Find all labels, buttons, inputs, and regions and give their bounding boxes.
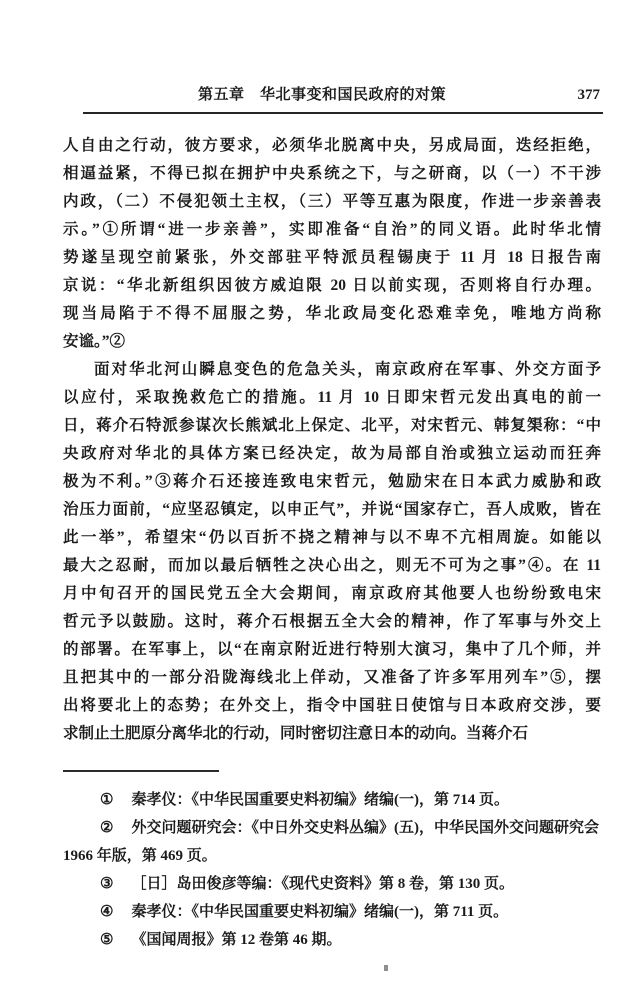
body-line: 极为不利。”③蒋介石还接连致电宋哲元，勉励宋在日本武力威胁和政 [63, 468, 601, 496]
body-line: 月中旬召开的国民党五全大会期间，南京政府其他要人也纷纷致电宋 [63, 580, 601, 608]
body-line: 治压力面前，“应坚忍镇定，以申正气”，并说“国家存亡，吾人成败，皆在 [63, 496, 601, 524]
footnote-text: 《国闻周报》第 12 卷第 46 期。 [131, 932, 341, 948]
body-line: 安谧。”② [63, 328, 601, 356]
body-line: 最大之忍耐，而加以最后牺牲之决心出之，则无不可为之事”④。在 11 [63, 552, 601, 580]
paragraph-1: 人自由之行动，彼方要求，必须华北脱离中央，另成局面，迭经拒绝，相逼益紧，不得已拟… [63, 132, 601, 356]
footnotes: ①秦孝仪：《中华民国重要史料初编》绪编(一)，第 714 页。②外交问题研究会：… [63, 786, 601, 954]
body-line: 以应付，采取挽救危亡的措施。11 月 10 日即宋哲元发出真电的前一 [63, 384, 601, 412]
footnote-marker: ③ [100, 870, 113, 898]
body-line: 现当局陷于不得不屈服之势，华北政局变化恐难幸免，唯地方尚称 [63, 300, 601, 328]
body-line: 内政，（二）不侵犯领土主权，（三）平等互惠为限度，作进一步亲善表 [63, 188, 601, 216]
footnote-text: 秦孝仪：《中华民国重要史料初编》绪编(一)，第 714 页。 [131, 792, 509, 808]
body-line: 央政府对华北的具体方案已经决定，故为局部自治或独立运动而狂奔 [63, 440, 601, 468]
footnote-line: ①秦孝仪：《中华民国重要史料初编》绪编(一)，第 714 页。 [63, 786, 601, 814]
body-line: 求制止土肥原分离华北的行动，同时密切注意日本的动向。当蒋介石 [63, 720, 601, 748]
footnote-marker: ② [100, 814, 113, 842]
body-line: 京说：“华北新组织因彼方威迫限 20 日以前实现，否则将自行办理。 [63, 272, 601, 300]
footnote-line: ⑤《国闻周报》第 12 卷第 46 期。 [63, 926, 601, 954]
footnote-text: 外交问题研究会：《中日外交史料丛编》(五)，中华民国外交问题研究会 [131, 820, 599, 836]
body-line: 人自由之行动，彼方要求，必须华北脱离中央，另成局面，迭经拒绝， [63, 132, 601, 160]
footnote-marker: ④ [100, 898, 113, 926]
footnote-text: ［日］岛田俊彦等编：《现代史资料》第 8 卷，第 130 页。 [131, 876, 514, 892]
body-line: 哲元予以鼓励。这时，蒋介石根据五全大会的精神，作了军事与外交上 [63, 608, 601, 636]
body-line: 示。”①所谓“进一步亲善”，实即准备“自治”的同义语。此时华北情 [63, 216, 601, 244]
footnote-line: ③［日］岛田俊彦等编：《现代史资料》第 8 卷，第 130 页。 [63, 870, 601, 898]
body-line: 势遂呈现空前紧张，外交部驻平特派员程锡庚于 11 月 18 日报告南 [63, 244, 601, 272]
footnote-text: 1966 年版，第 469 页。 [63, 848, 217, 864]
footnote-line: ②外交问题研究会：《中日外交史料丛编》(五)，中华民国外交问题研究会 [63, 814, 601, 842]
book-page: 第五章 华北事变和国民政府的对策 377 人自由之行动，彼方要求，必须华北脱离中… [0, 0, 644, 1000]
running-head: 第五章 华北事变和国民政府的对策 377 [0, 85, 644, 105]
header-rule [83, 112, 603, 114]
body-text: 人自由之行动，彼方要求，必须华北脱离中央，另成局面，迭经拒绝，相逼益紧，不得已拟… [63, 132, 601, 748]
footnote-marker: ① [100, 786, 113, 814]
footnote-line: 1966 年版，第 469 页。 [63, 842, 601, 870]
body-line: 出将要北上的态势；在外交上，指令中国驻日使馆与日本政府交涉，要 [63, 692, 601, 720]
body-line: 日，蒋介石特派参谋次长熊斌北上保定、北平，对宋哲元、韩复榘称：“中 [63, 412, 601, 440]
body-line: 相逼益紧，不得已拟在拥护中央系统之下，与之研商，以（一）不干涉 [63, 160, 601, 188]
footnote-text: 秦孝仪：《中华民国重要史料初编》绪编(一)，第 711 页。 [131, 904, 508, 920]
body-line: 且把其中的一部分沿陇海线北上佯动，又准备了许多军用列车”⑤，摆 [63, 664, 601, 692]
page-number: 377 [578, 85, 601, 105]
footnote-separator-rule [63, 770, 219, 772]
paragraph-2: 面对华北河山瞬息变色的危急关头，南京政府在军事、外交方面予以应付，采取挽救危亡的… [63, 356, 601, 748]
body-line: 的部署。在军事上，以“在南京附近进行特别大演习，集中了几个师，并 [63, 636, 601, 664]
footnote-marker: ⑤ [100, 926, 113, 954]
body-line: 此一举”，希望宋“仍以百折不挠之精神与以不卑不亢相周旋。如能以 [63, 524, 601, 552]
body-line: 面对华北河山瞬息变色的危急关头，南京政府在军事、外交方面予 [63, 356, 601, 384]
chapter-title: 第五章 华北事变和国民政府的对策 [0, 85, 644, 105]
scan-speck [384, 965, 388, 971]
footnote-line: ④秦孝仪：《中华民国重要史料初编》绪编(一)，第 711 页。 [63, 898, 601, 926]
